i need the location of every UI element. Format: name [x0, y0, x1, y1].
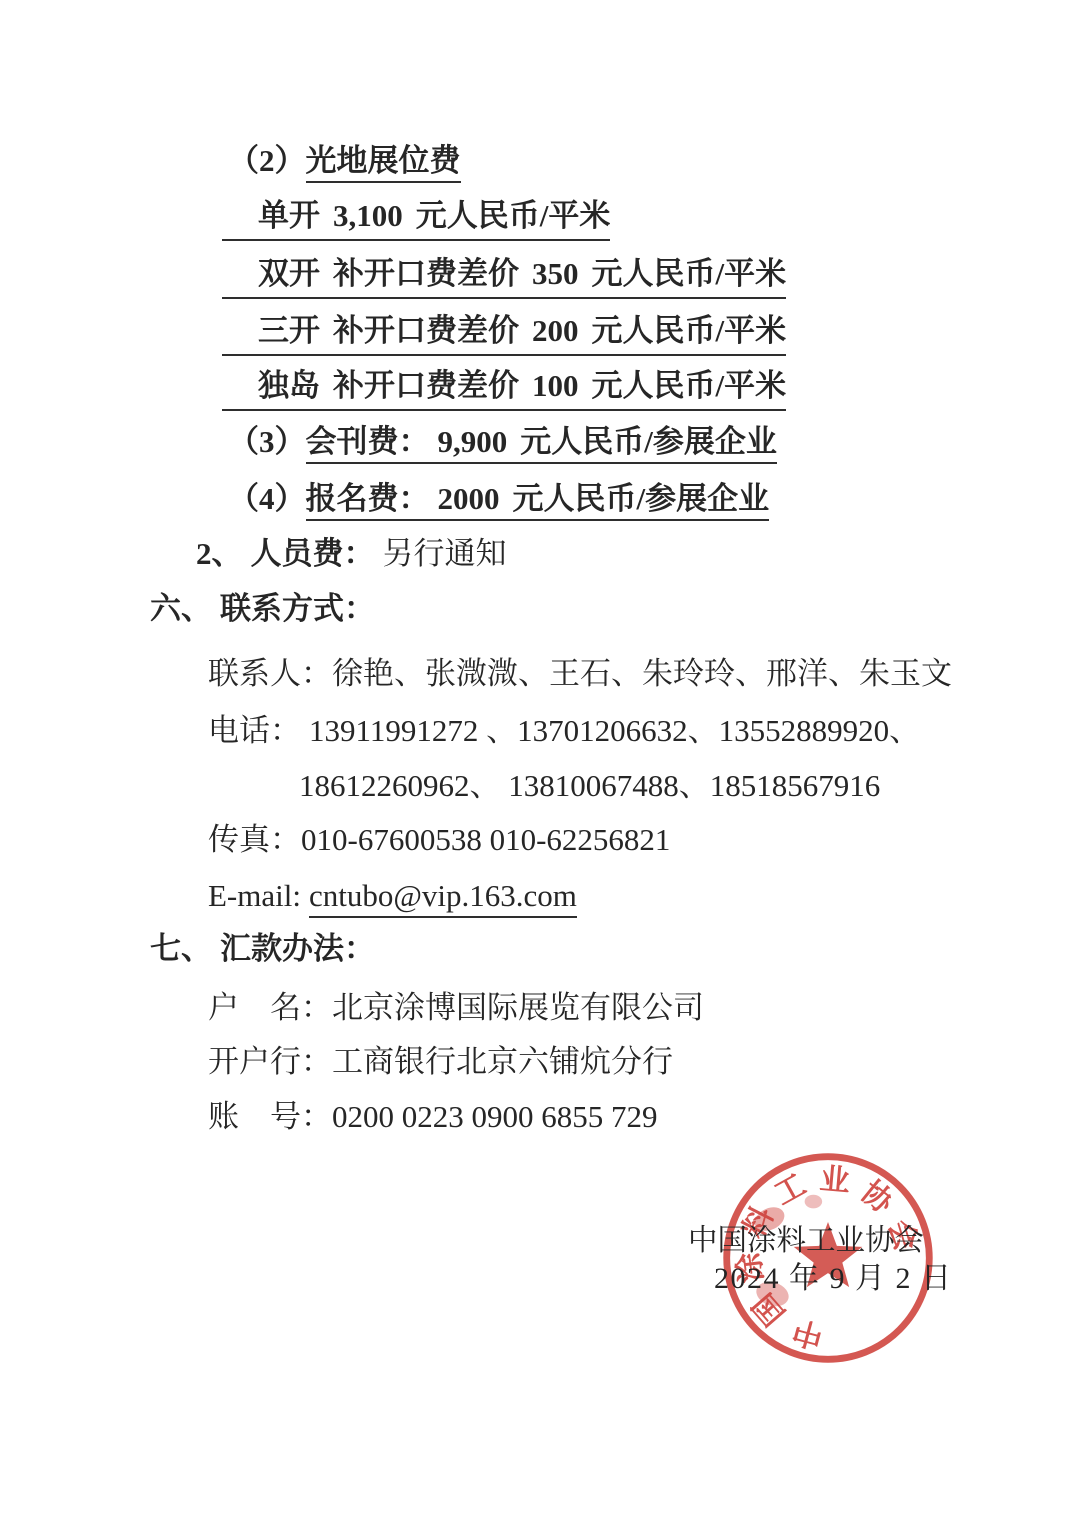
- section-contact-title: 联系方式：: [220, 591, 375, 626]
- payment-account-name-value: 北京涂博国际展览有限公司: [332, 990, 704, 1025]
- payment-bank-row: 开户行：工商银行北京六铺炕分行: [208, 1042, 673, 1082]
- fee-item-registration-num: （4）: [228, 481, 306, 516]
- signature-org: 中国涂料工业协会: [688, 1223, 924, 1259]
- fee-item-registration-price: 2000: [438, 481, 500, 516]
- fee-row-surcharge: 补开口费差价: [333, 313, 519, 348]
- section-payment-num: 七、: [150, 931, 212, 966]
- fee-item-registration: （4）报名费：2000元人民币/参展企业: [228, 479, 769, 519]
- fee-item-catalog: （3）会刊费：9,900元人民币/参展企业: [228, 422, 777, 462]
- fee-row-surcharge: 补开口费差价: [333, 256, 519, 291]
- fee-row-unit: 元人民币/平米: [592, 368, 787, 403]
- section-payment-title: 汇款办法：: [220, 931, 375, 966]
- fee-item-registration-unit: 元人民币/参展企业: [513, 481, 770, 516]
- contact-fax-label: 传真：: [208, 822, 301, 857]
- contact-phone-line1: 13911991272 、13701206632、13552889920、: [309, 713, 920, 748]
- document-page: （2）光地展位费 单开3,100元人民币/平米 双开补开口费差价350元人民币/…: [0, 0, 1080, 1527]
- contact-persons-value: 徐艳、张溦溦、王石、朱玲玲、邢洋、朱玉文: [332, 656, 952, 691]
- seal-char: 业: [818, 1162, 851, 1199]
- fee-row-single-open: 单开3,100元人民币/平米: [222, 196, 610, 241]
- fee-item-catalog-label: 会刊费：: [306, 424, 430, 459]
- payment-account-name-row: 户 名：北京涂博国际展览有限公司: [208, 988, 704, 1028]
- contact-phone-row: 电话：13911991272 、13701206632、13552889920、: [208, 711, 920, 751]
- contact-email-label: E-mail:: [208, 878, 301, 913]
- fee-item-land-title: 光地展位费: [306, 143, 461, 183]
- signature-date: 2024 年 9 月 2 日: [714, 1260, 953, 1298]
- fee-row-unit: 元人民币/平米: [592, 313, 787, 348]
- fee-item-personnel: 2、人员费：另行通知: [196, 534, 507, 574]
- fee-item-catalog-unit: 元人民币/参展企业: [520, 424, 777, 459]
- section-contact-header: 六、联系方式：: [150, 589, 375, 629]
- fee-row-price: 100: [532, 368, 579, 403]
- contact-email-row: E-mail:cntubo@vip.163.com: [208, 876, 577, 916]
- contact-persons-label: 联系人：: [208, 656, 332, 691]
- fee-item-registration-label: 报名费：: [306, 481, 430, 516]
- fee-row-double-open: 双开补开口费差价350元人民币/平米: [222, 254, 786, 299]
- contact-phone-label: 电话：: [208, 713, 301, 748]
- fee-item-land-num: （2）: [228, 143, 306, 178]
- contact-phone-row-2: 18612260962、 13810067488、18518567916: [299, 766, 880, 806]
- contact-fax-value: 010-67600538 010-62256821: [301, 822, 670, 857]
- payment-account-no-label: 账 号：: [208, 1099, 332, 1134]
- fee-row-surcharge: 补开口费差价: [333, 368, 519, 403]
- fee-item-personnel-value: 另行通知: [383, 536, 507, 571]
- fee-item-personnel-num: 2、: [196, 536, 243, 571]
- fee-item-land-header: （2）光地展位费: [228, 141, 461, 181]
- section-contact-num: 六、: [150, 591, 212, 626]
- contact-persons-row: 联系人：徐艳、张溦溦、王石、朱玲玲、邢洋、朱玉文: [208, 654, 952, 694]
- fee-row-price: 350: [532, 256, 579, 291]
- contact-email-value: cntubo@vip.163.com: [309, 878, 577, 918]
- fee-item-catalog-num: （3）: [228, 424, 306, 459]
- fee-row-unit: 元人民币/平米: [416, 198, 611, 233]
- contact-phone-line2: 18612260962、 13810067488、18518567916: [299, 768, 880, 803]
- payment-bank-value: 工商银行北京六铺炕分行: [332, 1044, 673, 1079]
- fee-item-catalog-price: 9,900: [438, 424, 508, 459]
- fee-row-label: 单开: [258, 198, 320, 233]
- fee-row-label: 双开: [258, 256, 320, 291]
- payment-account-no-row: 账 号：0200 0223 0900 6855 729: [208, 1097, 658, 1137]
- payment-account-name-label: 户 名：: [208, 990, 332, 1025]
- fee-row-label: 独岛: [258, 368, 320, 403]
- payment-bank-label: 开户行：: [208, 1044, 332, 1079]
- fee-row-price: 3,100: [333, 198, 403, 233]
- seal-char: 中: [789, 1313, 827, 1354]
- payment-account-no-value: 0200 0223 0900 6855 729: [332, 1099, 658, 1134]
- fee-row-triple-open: 三开补开口费差价200元人民币/平米: [222, 311, 786, 356]
- fee-row-price: 200: [532, 313, 579, 348]
- contact-fax-row: 传真：010-67600538 010-62256821: [208, 820, 670, 860]
- section-payment-header: 七、汇款办法：: [150, 929, 375, 969]
- fee-row-island: 独岛补开口费差价100元人民币/平米: [222, 366, 786, 411]
- fee-row-label: 三开: [258, 313, 320, 348]
- fee-row-unit: 元人民币/平米: [592, 256, 787, 291]
- fee-item-personnel-label: 人员费：: [251, 536, 375, 571]
